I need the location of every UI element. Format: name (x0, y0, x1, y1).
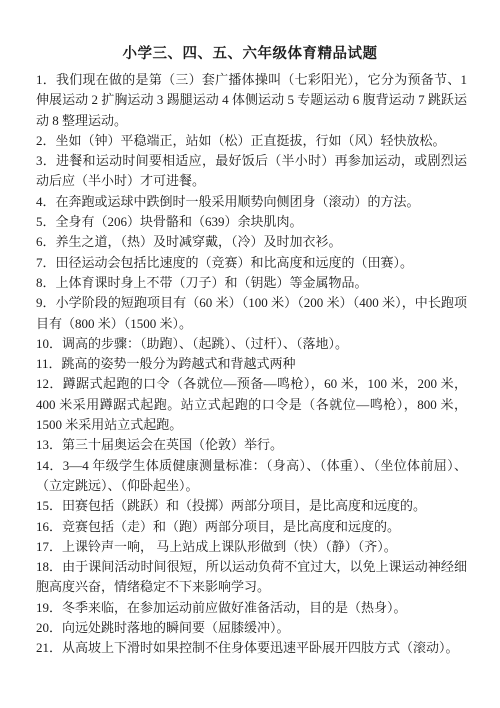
question-item-6: 6．养生之道，（热）及时减穿戴，（冷）及时加衣衫。 (36, 232, 467, 252)
question-item-17: 17．上课铃声一响， 马上站成上课队形做到（快）（静）（齐）。 (36, 537, 467, 557)
question-item-14: 14．3—4 年级学生体质健康测量标准：（身高）、（体重）、（坐位体前屈）、（立… (36, 456, 467, 497)
question-item-15: 15．田赛包括（跳跃）和（投掷）两部分项目，是比高度和远度的。 (36, 496, 467, 516)
question-item-9: 9．小学阶段的短跑项目有（60 米）（100 米）（200 米）（400 米），… (36, 293, 467, 334)
question-item-19: 19．冬季来临，在参加运动前应做好准备活动，目的是（热身）。 (36, 598, 467, 618)
question-item-20: 20．向远处跳时落地的瞬间要（屈膝缓冲）。 (36, 618, 467, 638)
question-item-7: 7．田径运动会包括比速度的（竞赛）和比高度和远度的（田赛）。 (36, 253, 467, 273)
question-item-3: 3．进餐和运动时间要相适应，最好饭后（半小时）再参加运动，或剧烈运动后应（半小时… (36, 151, 467, 192)
question-item-4: 4．在奔跑或运球中跌倒时一般采用顺势向侧团身（滚动）的方法。 (36, 192, 467, 212)
question-list: 1．我们现在做的是第（三）套广播体操叫（七彩阳光），它分为预备节、1 伸展运动 … (36, 70, 467, 659)
question-item-12: 12．蹲踞式起跑的口令（各就位—预备—鸣枪），60 米，100 米，200 米，… (36, 374, 467, 435)
question-item-10: 10．调高的步骤：（助跑）、（起跳）、（过杆）、（落地）。 (36, 334, 467, 354)
question-item-16: 16．竞赛包括（走）和（跑）两部分项目，是比高度和远度的。 (36, 517, 467, 537)
page-title: 小学三、四、五、六年级体育精品试题 (0, 0, 500, 64)
question-item-11: 11．跳高的姿势一般分为跨越式和背越式两种 (36, 354, 467, 374)
question-item-13: 13．第三十届奥运会在英国（伦敦）举行。 (36, 435, 467, 455)
document-page: 小学三、四、五、六年级体育精品试题 1．我们现在做的是第（三）套广播体操叫（七彩… (0, 0, 500, 708)
question-item-21: 21．从高坡上下滑时如果控制不住身体要迅速平卧展开四肢方式（滚动）。 (36, 638, 467, 658)
question-item-1: 1．我们现在做的是第（三）套广播体操叫（七彩阳光），它分为预备节、1 伸展运动 … (36, 70, 467, 131)
question-item-18: 18．由于课间活动时间很短，所以运动负荷不宜过大，以免上课运动神经细胞高度兴奋，… (36, 557, 467, 598)
question-item-5: 5．全身有（206）块骨骼和（639）余块肌肉。 (36, 212, 467, 232)
question-item-8: 8．上体育课时身上不带（刀子）和（钥匙）等金属物品。 (36, 273, 467, 293)
question-item-2: 2．坐如（钟）平稳端正，站如（松）正直挺拔，行如（风）轻快放松。 (36, 131, 467, 151)
